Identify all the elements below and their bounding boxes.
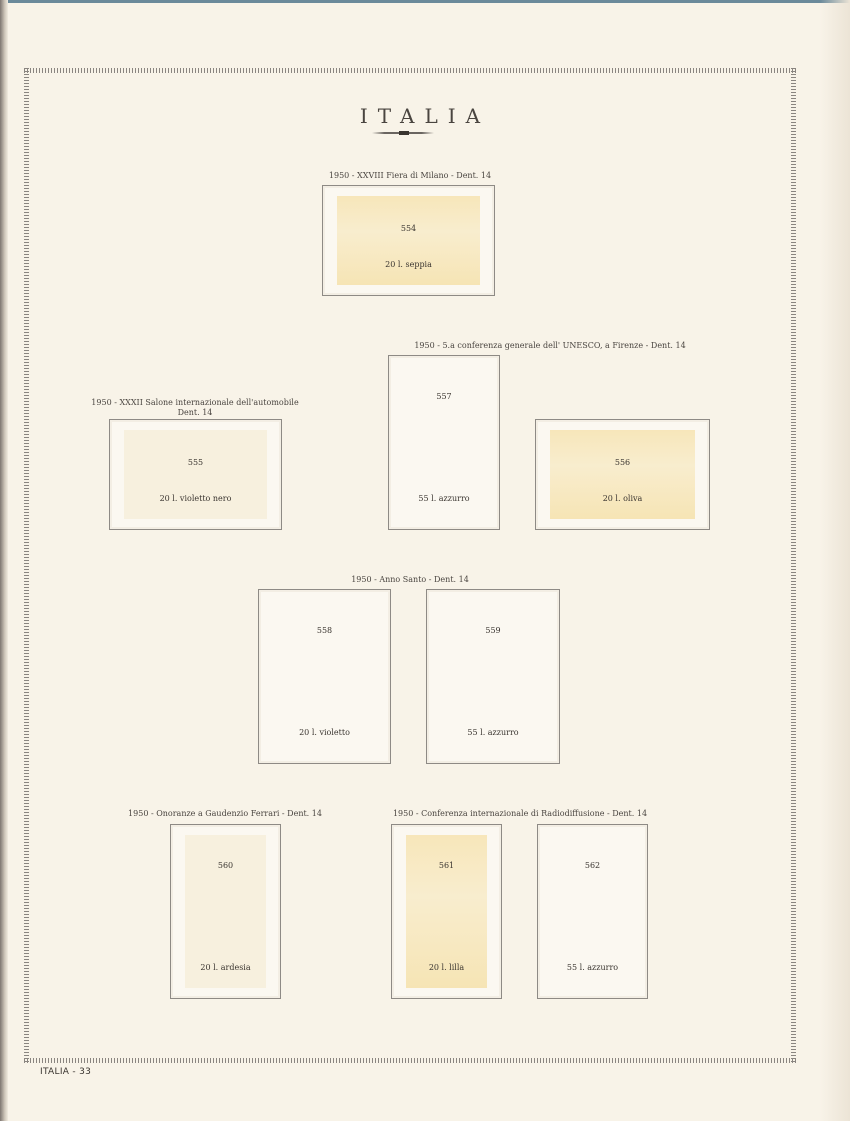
frame-top — [24, 68, 796, 73]
set-caption-unesco: 1950 - 5.a conferenza generale dell' UNE… — [400, 341, 700, 351]
frame-left — [24, 68, 29, 1063]
stamp-value: 20 l. seppia — [323, 260, 494, 269]
stamp-value: 55 l. azzurro — [427, 728, 559, 737]
stamp-value: 55 l. azzurro — [538, 963, 647, 972]
stamp-value: 55 l. azzurro — [389, 494, 499, 503]
stamp-mount-560: 560 20 l. ardesia — [170, 824, 281, 999]
frame-right — [791, 68, 796, 1063]
page-title: ITALIA — [0, 104, 850, 128]
frame-bottom — [24, 1058, 796, 1063]
stamp-value: 20 l. oliva — [536, 494, 709, 503]
stamp-value: 20 l. violetto nero — [110, 494, 281, 503]
caption-line-1: 1950 - XXXII Salone internazionale dell'… — [90, 398, 300, 408]
stamp-number: 560 — [171, 861, 280, 870]
stamp-mount-557: 557 55 l. azzurro — [388, 355, 500, 530]
stamp-number: 557 — [389, 392, 499, 401]
stamp-number: 559 — [427, 626, 559, 635]
scan-top-edge — [0, 0, 850, 3]
stamp-value: 20 l. ardesia — [171, 963, 280, 972]
stamp-image-placeholder — [337, 196, 480, 285]
stamp-image-placeholder — [550, 430, 695, 519]
set-caption-fiera-milano: 1950 - XXVIII Fiera di Milano - Dent. 14 — [300, 171, 520, 181]
stamp-mount-559: 559 55 l. azzurro — [426, 589, 560, 764]
page-binding-shadow — [0, 0, 8, 1121]
stamp-mount-561: 561 20 l. lilla — [391, 824, 502, 999]
set-caption-gaudenzio-ferrari: 1950 - Onoranze a Gaudenzio Ferrari - De… — [115, 809, 335, 819]
stamp-number: 556 — [536, 458, 709, 467]
set-caption-anno-santo: 1950 - Anno Santo - Dent. 14 — [310, 575, 510, 585]
stamp-value: 20 l. violetto — [259, 728, 390, 737]
stamp-mount-556: 556 20 l. oliva — [535, 419, 710, 530]
page-edge-shade — [820, 0, 850, 1121]
stamp-mount-554: 554 20 l. seppia — [322, 185, 495, 296]
title-ornament — [372, 132, 434, 134]
stamp-number: 561 — [392, 861, 501, 870]
caption-line-2: Dent. 14 — [90, 408, 300, 418]
stamp-mount-558: 558 20 l. violetto — [258, 589, 391, 764]
stamp-value: 20 l. lilla — [392, 963, 501, 972]
stamp-number: 558 — [259, 626, 390, 635]
stamp-number: 555 — [110, 458, 281, 467]
stamp-mount-562: 562 55 l. azzurro — [537, 824, 648, 999]
stamp-image-placeholder — [124, 430, 267, 519]
stamp-number: 554 — [323, 224, 494, 233]
set-caption-radiodiffusione: 1950 - Conferenza internazionale di Radi… — [380, 809, 660, 819]
stamp-number: 562 — [538, 861, 647, 870]
stamp-mount-555: 555 20 l. violetto nero — [109, 419, 282, 530]
page-footer: ITALIA - 33 — [40, 1067, 91, 1077]
set-caption-salone-automobile: 1950 - XXXII Salone internazionale dell'… — [90, 398, 300, 418]
